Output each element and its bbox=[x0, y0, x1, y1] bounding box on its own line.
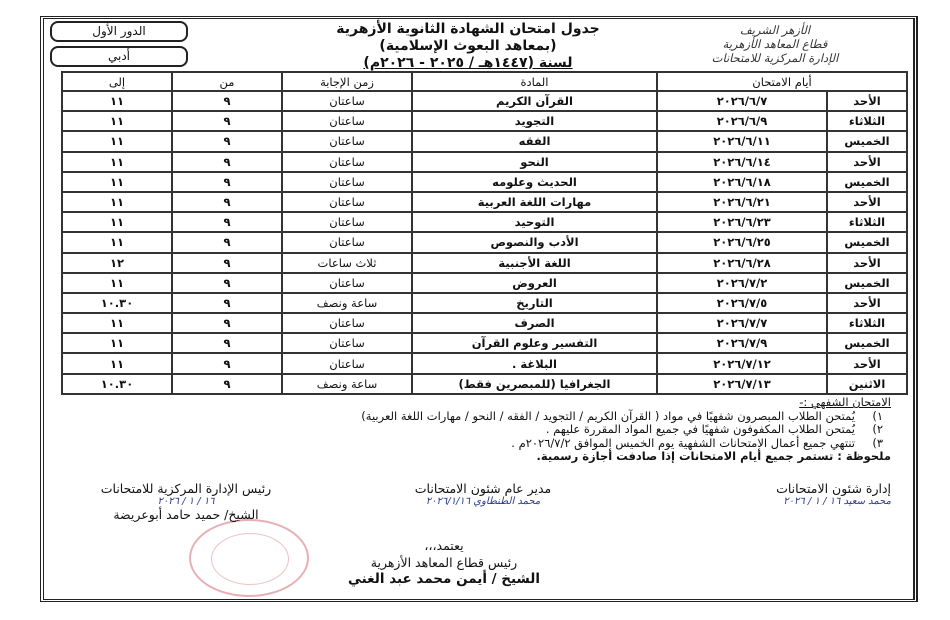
table-row: الأحد٢٠٢٦/٧/٥التاريخساعة ونصف٩١٠.٣٠ bbox=[62, 293, 907, 313]
date-cell: ٢٠٢٦/٦/١١ bbox=[657, 131, 827, 151]
item-text: يُمتحن الطلاب المبصرون شفهيًا في مواد ( … bbox=[361, 410, 855, 424]
subject-cell: الأدب والنصوص bbox=[412, 232, 657, 252]
table-row: الخميس٢٠٢٦/٦/١١الفقهساعتان٩١١ bbox=[62, 131, 907, 151]
to-cell: ١١ bbox=[62, 152, 172, 172]
to-cell: ١١ bbox=[62, 172, 172, 192]
oral-exam-section: الامتحان الشفهي :- ١) يُمتحن الطلاب المب… bbox=[71, 396, 891, 464]
date-cell: ٢٠٢٦/٦/١٤ bbox=[657, 152, 827, 172]
header-exam-days: أيام الامتحان bbox=[657, 72, 907, 91]
subject-cell: التفسير وعلوم القرآن bbox=[412, 333, 657, 353]
day-cell: الخميس bbox=[827, 232, 907, 252]
oral-exam-item: ١) يُمتحن الطلاب المبصرون شفهيًا في مواد… bbox=[71, 410, 891, 424]
day-cell: الأحد bbox=[827, 293, 907, 313]
subject-cell: التوحيد bbox=[412, 212, 657, 232]
duration-cell: ساعتان bbox=[282, 313, 412, 333]
duration-cell: ساعة ونصف bbox=[282, 374, 412, 394]
duration-cell: ساعتان bbox=[282, 152, 412, 172]
table-row: الثلاثاء٢٠٢٦/٦/٢٣التوحيدساعتان٩١١ bbox=[62, 212, 907, 232]
day-cell: الخميس bbox=[827, 131, 907, 151]
subject-cell: البلاغة . bbox=[412, 353, 657, 373]
from-cell: ٩ bbox=[172, 152, 282, 172]
day-cell: الأحد bbox=[827, 353, 907, 373]
to-cell: ١٢ bbox=[62, 253, 172, 273]
subject-cell: اللغة الأجنبية bbox=[412, 253, 657, 273]
subject-cell: الجغرافيا (للمبصرين فقط) bbox=[412, 374, 657, 394]
table-row: الخميس٢٠٢٦/٧/٢العروضساعتان٩١١ bbox=[62, 273, 907, 293]
oral-exam-item: ٣) تنتهي جميع أعمال الامتحانات الشفهية ي… bbox=[71, 437, 891, 451]
from-cell: ٩ bbox=[172, 333, 282, 353]
signatory-name: الشيخ/ حميد حامد أبوعريضة bbox=[56, 507, 316, 522]
duration-cell: ساعتان bbox=[282, 172, 412, 192]
item-number: ٢) bbox=[855, 423, 891, 437]
date-cell: ٢٠٢٦/٦/٢١ bbox=[657, 192, 827, 212]
table-row: الثلاثاء٢٠٢٦/٧/٧الصرفساعتان٩١١ bbox=[62, 313, 907, 333]
to-cell: ١٠.٣٠ bbox=[62, 374, 172, 394]
title-line-1: جدول امتحان الشهادة الثانوية الأزهرية bbox=[308, 21, 628, 38]
signature-title: إدارة شئون الامتحانات bbox=[711, 481, 891, 496]
org-line: قطاع المعاهد الأزهرية bbox=[655, 37, 895, 51]
to-cell: ١١ bbox=[62, 91, 172, 111]
table-row: الخميس٢٠٢٦/٧/٩التفسير وعلوم القرآنساعتان… bbox=[62, 333, 907, 353]
table-row: الأحد٢٠٢٦/٧/١٢البلاغة .ساعتان٩١١ bbox=[62, 353, 907, 373]
section-badge: أدبي bbox=[50, 46, 188, 67]
from-cell: ٩ bbox=[172, 293, 282, 313]
from-cell: ٩ bbox=[172, 353, 282, 373]
subject-cell: التاريخ bbox=[412, 293, 657, 313]
approver-name: الشيخ / أيمن محمد عبد الغني bbox=[264, 571, 624, 588]
duration-cell: ساعتان bbox=[282, 212, 412, 232]
date-cell: ٢٠٢٦/٦/٧ bbox=[657, 91, 827, 111]
day-cell: الخميس bbox=[827, 273, 907, 293]
to-cell: ١٠.٣٠ bbox=[62, 293, 172, 313]
signature-title: مدير عام شئون الامتحانات bbox=[383, 481, 583, 496]
handwritten-signature: محمد الطنطاوي ٢٠٢٦/١/١٦ bbox=[383, 496, 583, 507]
date-cell: ٢٠٢٦/٦/٢٣ bbox=[657, 212, 827, 232]
table-header-row: أيام الامتحان المادة زمن الإجابة من إلى bbox=[62, 72, 907, 91]
date-cell: ٢٠٢٦/٧/١٣ bbox=[657, 374, 827, 394]
date-cell: ٢٠٢٦/٦/٢٥ bbox=[657, 232, 827, 252]
to-cell: ١١ bbox=[62, 333, 172, 353]
duration-cell: ساعتان bbox=[282, 232, 412, 252]
date-cell: ٢٠٢٦/٦/١٨ bbox=[657, 172, 827, 192]
round-badge: الدور الأول bbox=[50, 21, 188, 42]
day-cell: الأحد bbox=[827, 192, 907, 212]
oral-exam-item: ٢) يُمتحن الطلاب المكفوفون شفهيًا في جمي… bbox=[71, 423, 891, 437]
to-cell: ١١ bbox=[62, 131, 172, 151]
item-text: يُمتحن الطلاب المكفوفون شفهيًا في جميع ا… bbox=[546, 423, 855, 437]
date-cell: ٢٠٢٦/٧/٥ bbox=[657, 293, 827, 313]
duration-cell: ساعتان bbox=[282, 353, 412, 373]
duration-cell: ساعتان bbox=[282, 192, 412, 212]
day-cell: الأحد bbox=[827, 152, 907, 172]
subject-cell: الصرف bbox=[412, 313, 657, 333]
duration-cell: ساعة ونصف bbox=[282, 293, 412, 313]
item-number: ٣) bbox=[855, 437, 891, 451]
header-subject: المادة bbox=[412, 72, 657, 91]
to-cell: ١١ bbox=[62, 313, 172, 333]
day-cell: الخميس bbox=[827, 333, 907, 353]
exam-schedule-table: أيام الامتحان المادة زمن الإجابة من إلى … bbox=[61, 71, 908, 395]
note: ملحوظة : تستمر جميع أيام الامتحانات إذا … bbox=[71, 450, 891, 464]
signature-general-manager: مدير عام شئون الامتحانات محمد الطنطاوي ٢… bbox=[383, 481, 583, 507]
signature-exam-affairs: إدارة شئون الامتحانات محمد سعيد ١٦ / ١ /… bbox=[711, 481, 891, 507]
from-cell: ٩ bbox=[172, 374, 282, 394]
to-cell: ١١ bbox=[62, 273, 172, 293]
title-line-3: لسنة (١٤٤٧هـ / ٢٠٢٥ - ٢٠٢٦م) bbox=[308, 55, 628, 72]
oral-exam-heading: الامتحان الشفهي :- bbox=[71, 396, 891, 410]
duration-cell: ساعتان bbox=[282, 111, 412, 131]
from-cell: ٩ bbox=[172, 212, 282, 232]
duration-cell: ساعتان bbox=[282, 333, 412, 353]
day-cell: الثلاثاء bbox=[827, 212, 907, 232]
duration-cell: ساعتان bbox=[282, 91, 412, 111]
organization-letterhead: الأزهر الشريف قطاع المعاهد الأزهرية الإد… bbox=[655, 23, 895, 65]
date-cell: ٢٠٢٦/٧/٧ bbox=[657, 313, 827, 333]
signature-title: رئيس الإدارة المركزية للامتحانات bbox=[56, 481, 316, 496]
table-row: الاثنين٢٠٢٦/٧/١٣الجغرافيا (للمبصرين فقط)… bbox=[62, 374, 907, 394]
subject-cell: الفقه bbox=[412, 131, 657, 151]
day-cell: الخميس bbox=[827, 172, 907, 192]
from-cell: ٩ bbox=[172, 253, 282, 273]
table-row: الثلاثاء٢٠٢٦/٦/٩التجويدساعتان٩١١ bbox=[62, 111, 907, 131]
subject-cell: التجويد bbox=[412, 111, 657, 131]
table-row: الأحد٢٠٢٦/٦/١٤النحوساعتان٩١١ bbox=[62, 152, 907, 172]
table-body: الأحد٢٠٢٦/٦/٧القرآن الكريمساعتان٩١١ الثل… bbox=[62, 91, 907, 394]
date-cell: ٢٠٢٦/٧/٢ bbox=[657, 273, 827, 293]
date-cell: ٢٠٢٦/٦/٩ bbox=[657, 111, 827, 131]
date-cell: ٢٠٢٦/٦/٢٨ bbox=[657, 253, 827, 273]
header-from: من bbox=[172, 72, 282, 91]
subject-cell: النحو bbox=[412, 152, 657, 172]
to-cell: ١١ bbox=[62, 353, 172, 373]
approval-block: يعتمد،،، رئيس قطاع المعاهد الأزهرية الشي… bbox=[264, 537, 624, 588]
day-cell: الاثنين bbox=[827, 374, 907, 394]
signatures: إدارة شئون الامتحانات محمد سعيد ١٦ / ١ /… bbox=[44, 481, 913, 541]
to-cell: ١١ bbox=[62, 111, 172, 131]
document-title: جدول امتحان الشهادة الثانوية الأزهرية (ب… bbox=[308, 21, 628, 72]
duration-cell: ثلاث ساعات bbox=[282, 253, 412, 273]
from-cell: ٩ bbox=[172, 313, 282, 333]
subject-cell: العروض bbox=[412, 273, 657, 293]
from-cell: ٩ bbox=[172, 172, 282, 192]
day-cell: الأحد bbox=[827, 91, 907, 111]
from-cell: ٩ bbox=[172, 273, 282, 293]
date-cell: ٢٠٢٦/٧/١٢ bbox=[657, 353, 827, 373]
table-row: الخميس٢٠٢٦/٦/١٨الحديث وعلومهساعتان٩١١ bbox=[62, 172, 907, 192]
handwritten-signature: محمد سعيد ١٦ / ١ / ٢٠٢٦ bbox=[711, 496, 891, 507]
subject-cell: الحديث وعلومه bbox=[412, 172, 657, 192]
to-cell: ١١ bbox=[62, 232, 172, 252]
subject-cell: القرآن الكريم bbox=[412, 91, 657, 111]
from-cell: ٩ bbox=[172, 192, 282, 212]
to-cell: ١١ bbox=[62, 192, 172, 212]
approved-label: يعتمد،،، bbox=[264, 537, 624, 554]
to-cell: ١١ bbox=[62, 212, 172, 232]
header-duration: زمن الإجابة bbox=[282, 72, 412, 91]
from-cell: ٩ bbox=[172, 232, 282, 252]
day-cell: الثلاثاء bbox=[827, 111, 907, 131]
duration-cell: ساعتان bbox=[282, 131, 412, 151]
subject-cell: مهارات اللغة العربية bbox=[412, 192, 657, 212]
org-line: الأزهر الشريف bbox=[655, 23, 895, 37]
signature-central-head: رئيس الإدارة المركزية للامتحانات ١٦ / ١ … bbox=[56, 481, 316, 522]
table-row: الأحد٢٠٢٦/٦/٢١مهارات اللغة العربيةساعتان… bbox=[62, 192, 907, 212]
table-row: الأحد٢٠٢٦/٦/٧القرآن الكريمساعتان٩١١ bbox=[62, 91, 907, 111]
approver-title: رئيس قطاع المعاهد الأزهرية bbox=[264, 554, 624, 571]
duration-cell: ساعتان bbox=[282, 273, 412, 293]
badges: الدور الأول أدبي bbox=[50, 21, 188, 71]
from-cell: ٩ bbox=[172, 111, 282, 131]
table-row: الخميس٢٠٢٦/٦/٢٥الأدب والنصوصساعتان٩١١ bbox=[62, 232, 907, 252]
from-cell: ٩ bbox=[172, 131, 282, 151]
exam-schedule-document: الأزهر الشريف قطاع المعاهد الأزهرية الإد… bbox=[40, 16, 918, 602]
from-cell: ٩ bbox=[172, 91, 282, 111]
org-line: الإدارة المركزية للامتحانات bbox=[655, 51, 895, 65]
day-cell: الثلاثاء bbox=[827, 313, 907, 333]
handwritten-signature: ١٦ / ١ / ٢٠٢٦ bbox=[56, 496, 316, 507]
header-to: إلى bbox=[62, 72, 172, 91]
day-cell: الأحد bbox=[827, 253, 907, 273]
item-number: ١) bbox=[855, 410, 891, 424]
date-cell: ٢٠٢٦/٧/٩ bbox=[657, 333, 827, 353]
table-row: الأحد٢٠٢٦/٦/٢٨اللغة الأجنبيةثلاث ساعات٩١… bbox=[62, 253, 907, 273]
item-text: تنتهي جميع أعمال الامتحانات الشفهية يوم … bbox=[511, 437, 855, 451]
title-line-2: (بمعاهد البعوث الإسلامية) bbox=[308, 38, 628, 55]
